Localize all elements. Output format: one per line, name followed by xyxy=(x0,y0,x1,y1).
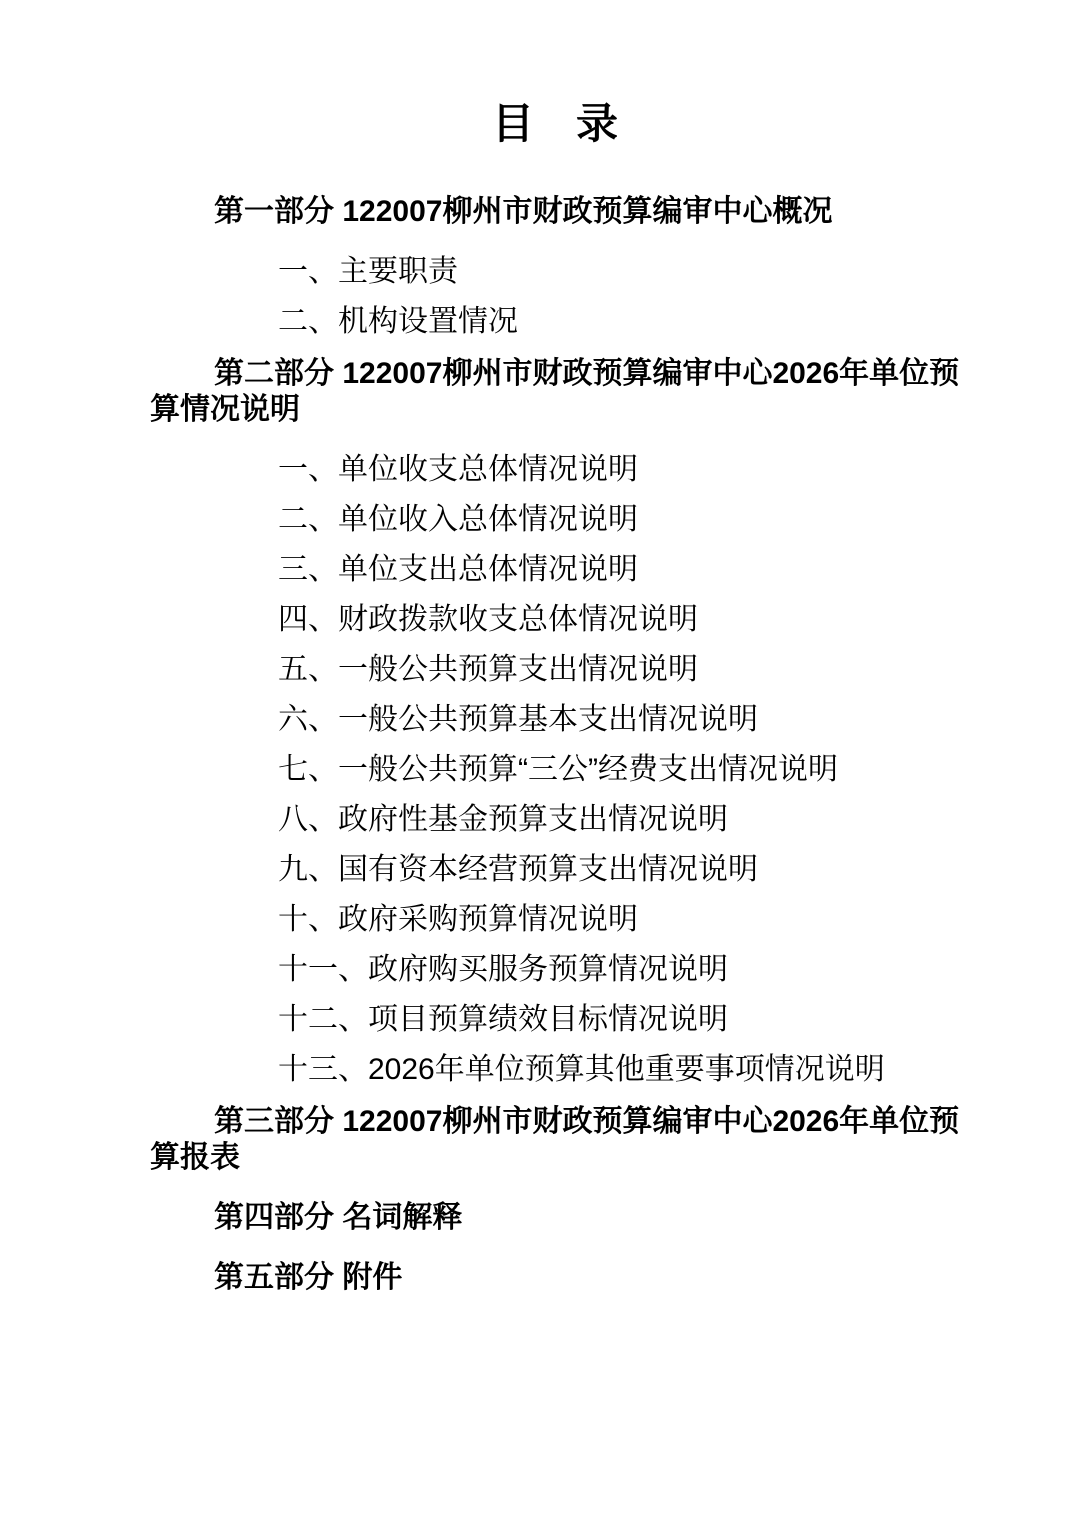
toc-item: 十、政府采购预算情况说明 xyxy=(150,902,960,938)
toc-item: 七、一般公共预算“三公”经费支出情况说明 xyxy=(150,752,960,788)
toc-item: 四、财政拨款收支总体情况说明 xyxy=(150,602,960,638)
toc-list: 第一部分 122007柳州市财政预算编审中心概况一、主要职责二、机构设置情况第二… xyxy=(150,194,960,1296)
toc-item: 八、政府性基金预算支出情况说明 xyxy=(150,802,960,838)
page-title: 目 录 xyxy=(150,100,960,148)
toc-item: 十二、项目预算绩效目标情况说明 xyxy=(150,1002,960,1038)
toc-item: 六、一般公共预算基本支出情况说明 xyxy=(150,702,960,738)
toc-item: 三、单位支出总体情况说明 xyxy=(150,552,960,588)
toc-item: 九、国有资本经营预算支出情况说明 xyxy=(150,852,960,888)
toc-section-heading: 第四部分 名词解释 xyxy=(150,1200,960,1236)
toc-item: 二、单位收入总体情况说明 xyxy=(150,502,960,538)
toc-item: 二、机构设置情况 xyxy=(150,304,960,340)
toc-section-heading: 第五部分 附件 xyxy=(150,1260,960,1296)
toc-item: 一、主要职责 xyxy=(150,254,960,290)
document-page: 目 录 第一部分 122007柳州市财政预算编审中心概况一、主要职责二、机构设置… xyxy=(0,0,1074,1520)
toc-section-heading: 第一部分 122007柳州市财政预算编审中心概况 xyxy=(150,194,960,230)
toc-section-heading: 第二部分 122007柳州市财政预算编审中心2026年单位预算情况说明 xyxy=(150,356,960,428)
toc-item: 十一、政府购买服务预算情况说明 xyxy=(150,952,960,988)
toc-item: 一、单位收支总体情况说明 xyxy=(150,452,960,488)
toc-section-heading: 第三部分 122007柳州市财政预算编审中心2026年单位预算报表 xyxy=(150,1104,960,1176)
toc-item: 十三、2026年单位预算其他重要事项情况说明 xyxy=(150,1052,960,1088)
toc-item: 五、一般公共预算支出情况说明 xyxy=(150,652,960,688)
